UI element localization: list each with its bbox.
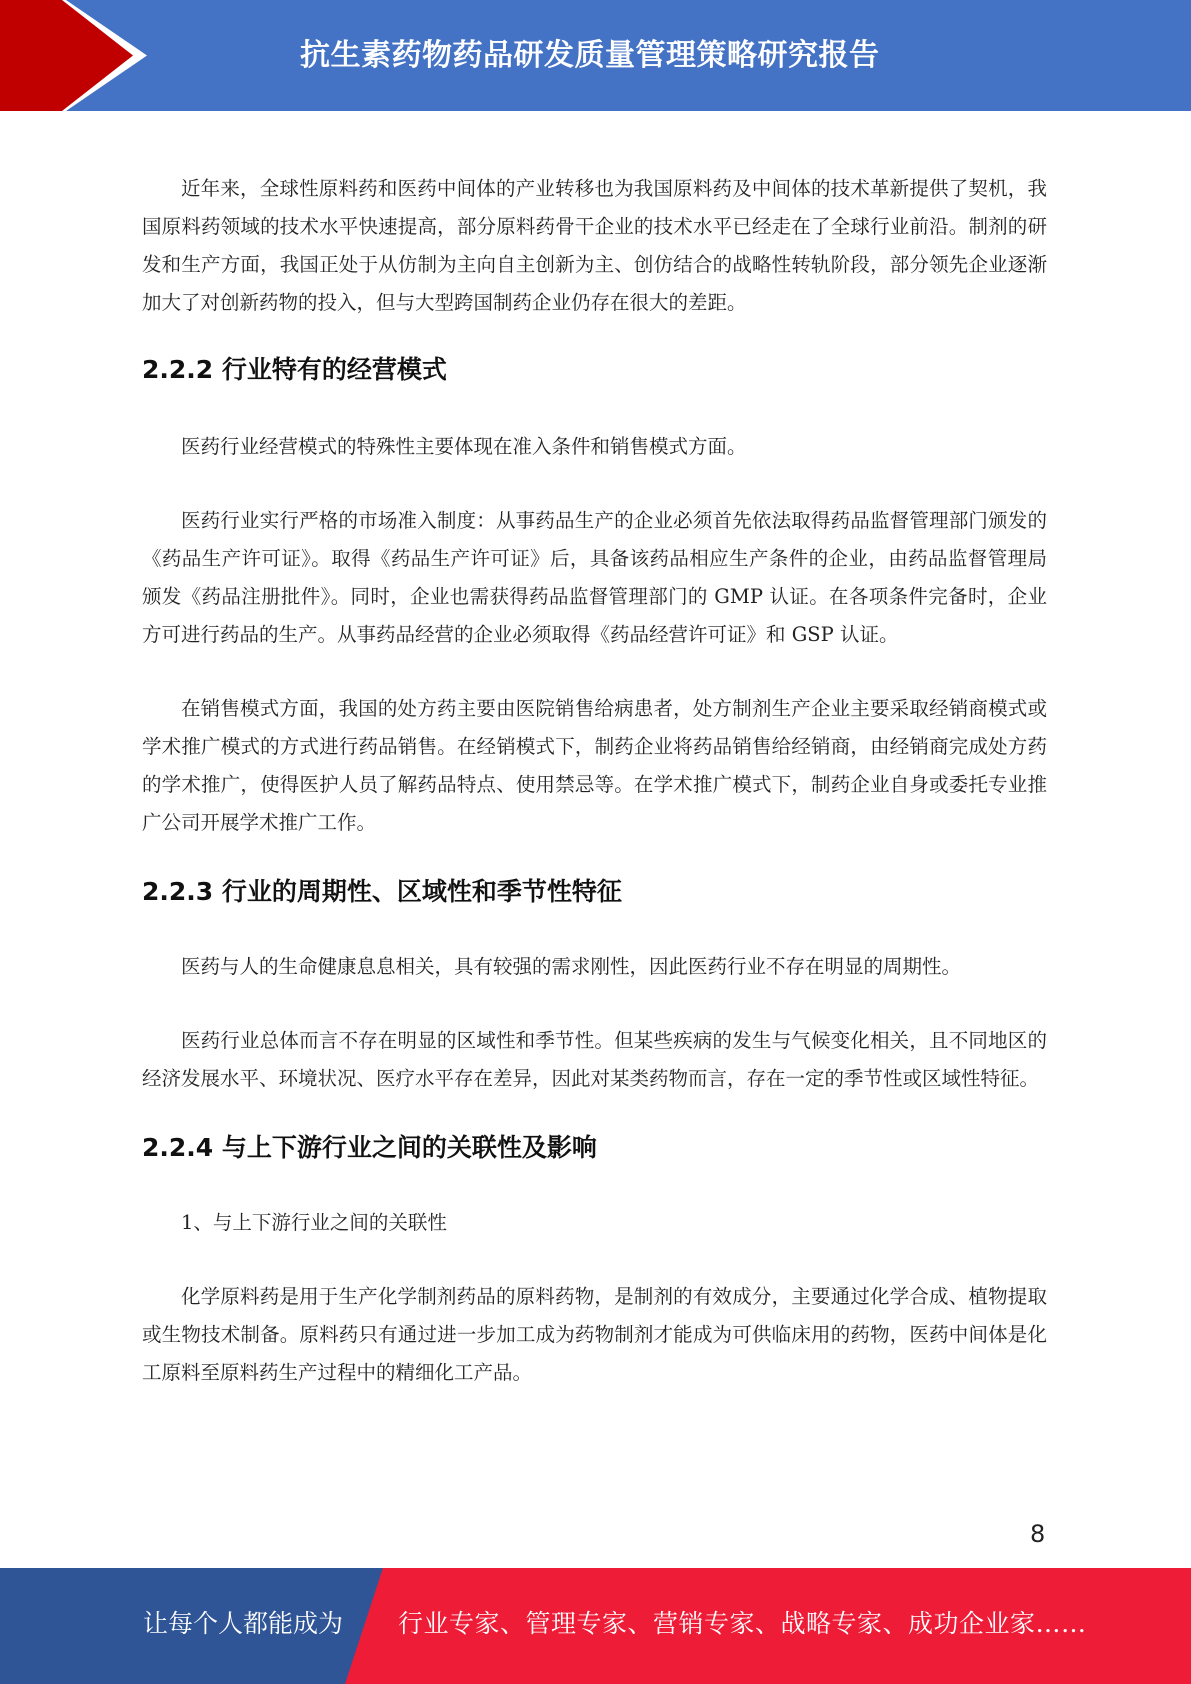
slogan-footer: 让每个人都能成为 行业专家、管理专家、营销专家、战略专家、成功企业家…… [0, 1568, 1191, 1684]
section-heading-2-2-3: 2.2.3 行业的周期性、区域性和季节性特征 [142, 872, 1047, 912]
paragraph: 近年来，全球性原料药和医药中间体的产业转移也为我国原料药及中间体的技术革新提供了… [142, 170, 1047, 322]
paragraph: 医药行业实行严格的市场准入制度：从事药品生产的企业必须首先依法取得药品监督管理部… [142, 502, 1047, 654]
paragraph: 化学原料药是用于生产化学制剂药品的原料药物，是制剂的有效成分，主要通过化学合成、… [142, 1278, 1047, 1392]
paragraph: 医药行业总体而言不存在明显的区域性和季节性。但某些疾病的发生与气候变化相关，且不… [142, 1022, 1047, 1098]
paragraph: 医药与人的生命健康息息相关，具有较强的需求刚性，因此医药行业不存在明显的周期性。 [142, 948, 1047, 986]
report-header: 抗生素药物药品研发质量管理策略研究报告 [0, 0, 1191, 111]
chevron-arrow-icon [0, 0, 200, 111]
slogan-left: 让每个人都能成为 [143, 1606, 343, 1642]
list-item-heading: 1、与上下游行业之间的关联性 [142, 1204, 1047, 1242]
report-title: 抗生素药物药品研发质量管理策略研究报告 [300, 28, 880, 84]
section-heading-2-2-4: 2.2.4 与上下游行业之间的关联性及影响 [142, 1128, 1047, 1168]
page-number: 8 [1030, 1520, 1045, 1548]
paragraph: 医药行业经营模式的特殊性主要体现在准入条件和销售模式方面。 [142, 428, 1047, 466]
section-heading-2-2-2: 2.2.2 行业特有的经营模式 [142, 350, 1047, 390]
paragraph: 在销售模式方面，我国的处方药主要由医院销售给病患者，处方制剂生产企业主要采取经销… [142, 690, 1047, 842]
slogan-right: 行业专家、管理专家、营销专家、战略专家、成功企业家…… [398, 1606, 1087, 1642]
document-body: 近年来，全球性原料药和医药中间体的产业转移也为我国原料药及中间体的技术革新提供了… [142, 170, 1047, 1392]
